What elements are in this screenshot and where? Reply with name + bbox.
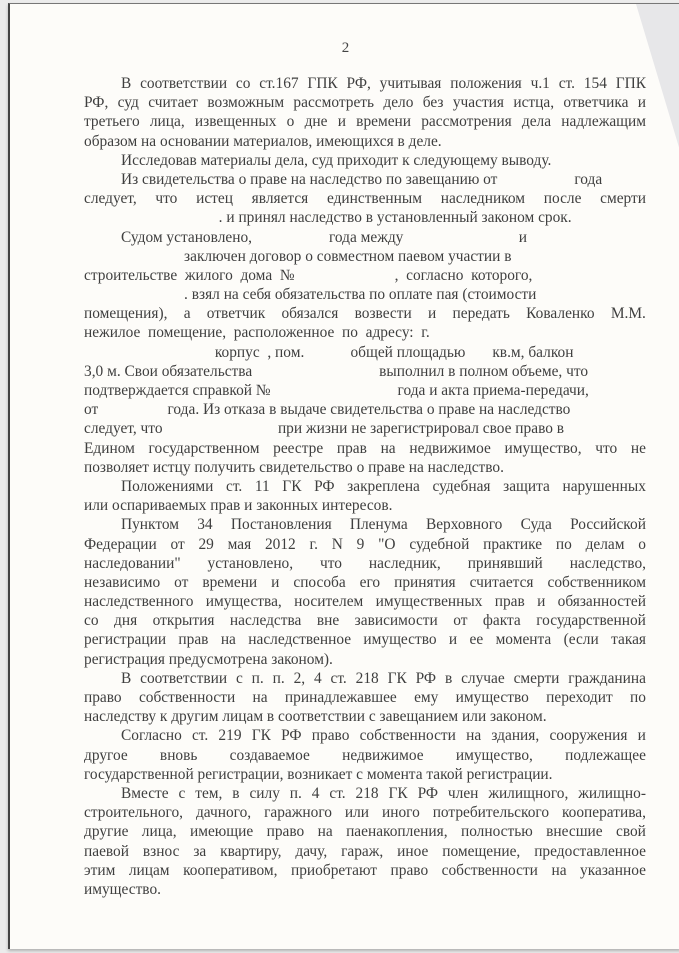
word: а xyxy=(184,304,191,323)
line-text: нежилое помещение, расположенное по адре… xyxy=(84,323,430,342)
word: паевой xyxy=(84,842,129,861)
word: ГК xyxy=(389,784,408,803)
word: ст. xyxy=(331,669,347,688)
word: подлежащее xyxy=(565,746,646,765)
word: со xyxy=(84,611,99,630)
word: Постановления xyxy=(231,515,332,534)
word: на xyxy=(221,630,236,649)
word: гражданина xyxy=(568,669,646,688)
text-line: государственной регистрации, возникает с… xyxy=(84,765,646,784)
word: носителем xyxy=(294,592,363,611)
text-line: подтверждается справкой № года и акта пр… xyxy=(84,381,646,400)
word: истец xyxy=(196,189,233,208)
text-line: регистрация предусмотрена законом). xyxy=(84,650,646,669)
word: открытия xyxy=(153,611,215,630)
word: 2, xyxy=(294,669,306,688)
word: N xyxy=(332,535,343,554)
text-line: строительстве жилого дома № , согласно к… xyxy=(84,266,646,285)
text-line: помещения),аответчикобязалсявозвестиипер… xyxy=(84,304,646,323)
word: реестре xyxy=(273,439,323,458)
word: времени xyxy=(202,573,257,592)
text-line: наследству к другим лицам в соответствии… xyxy=(84,707,646,726)
word: наследственное xyxy=(248,630,351,649)
line-text: следует, что при жизни не зарегистрирова… xyxy=(84,419,564,438)
word: Вместе xyxy=(121,784,169,803)
word: извещенных xyxy=(195,112,277,131)
word: Федерации xyxy=(84,535,157,554)
line-text: от года. Из отказа в выдаче свидетельств… xyxy=(84,400,570,419)
word: мая xyxy=(228,535,252,554)
word: в xyxy=(232,784,239,803)
line-text: заключен договор о совместном паевом уча… xyxy=(84,247,512,266)
word: дачу, xyxy=(295,842,327,861)
word: 154 xyxy=(584,74,607,93)
word: на xyxy=(466,726,481,745)
word: собственником xyxy=(547,573,645,592)
word: помещение, xyxy=(442,842,520,861)
word: ГК xyxy=(252,726,271,745)
word: другие xyxy=(84,822,128,841)
word: 29 xyxy=(198,535,213,554)
word: Верховного xyxy=(426,515,502,534)
word: и xyxy=(428,304,436,323)
word: надлежащим xyxy=(561,112,646,131)
word: ГПК xyxy=(307,74,337,93)
word: право xyxy=(267,822,305,841)
line-text: Из свидетельства о праве на наследство п… xyxy=(121,170,602,189)
line-text: образом на основании материалов, имеющих… xyxy=(84,132,442,151)
word: о xyxy=(287,112,295,131)
word: п. xyxy=(252,669,264,688)
word: обязался xyxy=(281,304,338,323)
word: смерти xyxy=(600,189,646,208)
word: государственной xyxy=(536,611,646,630)
word: что xyxy=(595,439,617,458)
word: дела xyxy=(522,112,551,131)
word: имущество xyxy=(456,688,529,707)
word: положения xyxy=(450,74,522,93)
word: смерти xyxy=(514,669,560,688)
word: зависимости xyxy=(355,611,438,630)
word: прав xyxy=(178,630,208,649)
word: ст. xyxy=(226,477,242,496)
word: наследства xyxy=(230,611,302,630)
line-text: Судом установлено, года между и xyxy=(121,228,527,247)
word: иное xyxy=(397,842,428,861)
word: со xyxy=(236,74,251,93)
word: Пленума xyxy=(350,515,408,534)
word: считает xyxy=(148,93,198,112)
text-line: Федерацииот29мая2012г.N9"Осудебнойпракти… xyxy=(84,535,646,554)
word: другое xyxy=(84,746,128,765)
word: дня xyxy=(114,611,137,630)
word: В xyxy=(121,669,131,688)
word: собственности xyxy=(360,726,456,745)
word: этим xyxy=(84,861,115,880)
word: РФ xyxy=(314,477,334,496)
word: передать xyxy=(453,304,510,323)
word: и xyxy=(449,630,457,649)
word: принадлежавшее xyxy=(285,688,397,707)
word: способа xyxy=(293,573,345,592)
word: 4 xyxy=(312,784,320,803)
word: ГК xyxy=(388,669,407,688)
line-text: или оспариваемых прав и законных интерес… xyxy=(84,496,392,515)
text-line: имущество. xyxy=(84,880,646,899)
word: на xyxy=(381,439,396,458)
word: Коваленко xyxy=(526,304,594,323)
text-line: корпус , пом. общей площадью кв.м, балко… xyxy=(84,343,646,362)
word: что xyxy=(155,189,177,208)
word: 4 xyxy=(314,669,322,688)
word: ее xyxy=(470,630,484,649)
text-line: Всоответствиисп.п.2,4ст.218ГКРФвслучаесм… xyxy=(84,669,646,688)
word: принявший xyxy=(468,554,543,573)
word: право xyxy=(391,861,429,880)
word: делам xyxy=(586,535,625,554)
word: п. xyxy=(290,784,302,803)
text-line: 3,0 м. Свои обязательства выполнил в пол… xyxy=(84,362,646,381)
word: от xyxy=(174,573,188,592)
text-line: строительного,дачного,гаражногоилииногоп… xyxy=(84,803,646,822)
line-text: Исследовав материалы дела, суд приходит … xyxy=(121,151,551,170)
text-line: Положениямист.11ГКРФзакрепленасудебнаяза… xyxy=(84,477,646,496)
word: обязанностей xyxy=(558,592,646,611)
word: ч.1 xyxy=(531,74,550,93)
text-line: или оспариваемых прав и законных интерес… xyxy=(84,496,646,515)
word: ст. xyxy=(192,726,208,745)
word: не xyxy=(631,439,646,458)
word: внесшие xyxy=(546,822,602,841)
text-line: этимлицамкооперативом,приобретаютправосо… xyxy=(84,861,646,880)
line-text: государственной регистрации, возникает с… xyxy=(84,765,553,784)
word: квартиру, xyxy=(220,842,281,861)
word: лицам xyxy=(129,861,170,880)
word: собственности xyxy=(442,861,538,880)
text-line: нежилое помещение, расположенное по адре… xyxy=(84,323,646,342)
word: дело xyxy=(383,93,413,112)
word: считается xyxy=(470,573,534,592)
word: создаваемое xyxy=(230,746,310,765)
word: право xyxy=(84,688,122,707)
word: регистрации xyxy=(84,630,166,649)
word: ст. xyxy=(559,74,575,93)
word: Пунктом xyxy=(121,515,179,534)
text-line: заключен договор о совместном паевом уча… xyxy=(84,247,646,266)
word: собственности xyxy=(139,688,235,707)
line-text: регистрация предусмотрена законом). xyxy=(84,650,333,669)
word: соответствии xyxy=(140,669,227,688)
word: ГК xyxy=(282,477,301,496)
word: иного xyxy=(382,803,420,822)
document-body: Всоответствиисост.167ГПКРФ,учитываяполож… xyxy=(84,74,646,899)
word: право xyxy=(312,726,350,745)
text-line: . взял на себя обязательства по оплате п… xyxy=(84,285,646,304)
word: момента xyxy=(496,630,552,649)
word: учитывая xyxy=(380,74,442,93)
word: третьего xyxy=(84,112,140,131)
word: с xyxy=(236,669,243,688)
word: судебной xyxy=(409,535,469,554)
word: от xyxy=(170,535,184,554)
word: или xyxy=(345,803,369,822)
word: имущественных xyxy=(376,592,483,611)
word: приобретают xyxy=(291,861,377,880)
word: жилищно- xyxy=(578,784,646,803)
word: и xyxy=(638,93,646,112)
word: рассмотреть xyxy=(293,93,374,112)
word: имущество, xyxy=(456,746,533,765)
text-line: Вместестем,всилуп.4ст.218ГКРФчленжилищно… xyxy=(84,784,646,803)
word: возвести xyxy=(355,304,412,323)
word: полностью xyxy=(461,822,533,841)
word: истца, xyxy=(513,93,554,112)
word: недвижимое xyxy=(342,746,424,765)
word: Положениями xyxy=(121,477,213,496)
word: следует, xyxy=(84,189,137,208)
word: имеющие xyxy=(190,822,253,841)
document-page: 2 Всоответствиисост.167ГПКРФ,учитываяпол… xyxy=(8,3,679,949)
word: Едином xyxy=(84,439,135,458)
word: дне xyxy=(305,112,328,131)
word: указанное xyxy=(580,861,646,880)
word: нарушенных xyxy=(562,477,645,496)
word: закреплена xyxy=(347,477,420,496)
word: кооперативом, xyxy=(183,861,277,880)
word: свой xyxy=(616,822,646,841)
word: такая xyxy=(611,630,646,649)
word: имущество xyxy=(363,630,436,649)
text-line: третьеголица,извещенныходнеивременирассм… xyxy=(84,112,646,131)
word: и xyxy=(271,573,279,592)
word: гаражного xyxy=(264,803,332,822)
text-line: . и принял наследство в установленный за… xyxy=(84,208,646,227)
text-line: следует, что при жизни не зарегистрирова… xyxy=(84,419,646,438)
word: ст. xyxy=(329,784,345,803)
text-line: независимоотвременииспособаегопринятиясч… xyxy=(84,573,646,592)
word: дачного, xyxy=(196,803,251,822)
word: с xyxy=(179,784,186,803)
word: независимо xyxy=(84,573,160,592)
word: тем, xyxy=(195,784,222,803)
word: ответчик xyxy=(207,304,265,323)
word: г. xyxy=(310,535,318,554)
word: 2012 xyxy=(265,535,296,554)
text-line: другоевновьсоздаваемоенедвижимоеимуществ… xyxy=(84,746,646,765)
word: что xyxy=(320,554,342,573)
word: вне xyxy=(317,611,339,630)
word: силу xyxy=(249,784,279,803)
word: возможным xyxy=(207,93,284,112)
word: факта xyxy=(483,611,521,630)
text-line: регистрацииправнанаследственноеимущество… xyxy=(84,630,646,649)
text-line: Судом установлено, года между и xyxy=(84,228,646,247)
word: является xyxy=(252,189,309,208)
word: на xyxy=(318,822,333,841)
word: времени xyxy=(356,112,411,131)
word: недвижимое xyxy=(409,439,491,458)
word: практике xyxy=(483,535,542,554)
word: Согласно xyxy=(121,726,182,745)
word: Суда xyxy=(521,515,552,534)
word: на xyxy=(253,688,268,707)
word: и xyxy=(537,592,545,611)
word: 34 xyxy=(197,515,212,534)
text-line: Исследовав материалы дела, суд приходит … xyxy=(84,151,646,170)
word: РФ, xyxy=(84,93,108,112)
word: без xyxy=(423,93,444,112)
word: ГПК xyxy=(616,74,646,93)
word: Российской xyxy=(570,515,646,534)
text-line: РФ,судсчитаетвозможнымрассмотретьделобез… xyxy=(84,93,646,112)
word: ответчика xyxy=(563,93,628,112)
word: принятия xyxy=(394,573,456,592)
word: паенакопления, xyxy=(346,822,448,841)
word: по xyxy=(556,535,572,554)
word: потребительского xyxy=(433,803,549,822)
word: здания, xyxy=(491,726,539,745)
text-line: Всоответствиисост.167ГПКРФ,учитываяполож… xyxy=(84,74,646,93)
word: В xyxy=(121,74,131,93)
word: член xyxy=(448,784,479,803)
word: имущество, xyxy=(505,439,582,458)
word: РФ, xyxy=(347,74,371,93)
text-line: Согласност.219ГКРФправособственностиназд… xyxy=(84,726,646,745)
word: сооружения xyxy=(549,726,627,745)
text-line: правособственностинапринадлежавшееемуиму… xyxy=(84,688,646,707)
text-line: от года. Из отказа в выдаче свидетельств… xyxy=(84,400,646,419)
line-text: имущество. xyxy=(84,880,161,899)
word: и xyxy=(338,112,346,131)
word: лица, xyxy=(150,112,185,131)
word: РФ xyxy=(416,669,436,688)
word: РФ xyxy=(281,726,301,745)
word: по xyxy=(630,688,646,707)
text-line: Единомгосударственномреестреправнанедвиж… xyxy=(84,439,646,458)
text-line: наследственногоимущества,носителемимущес… xyxy=(84,592,646,611)
word: ст.167 xyxy=(259,74,298,93)
word: участия xyxy=(453,93,504,112)
word: переходит xyxy=(546,688,613,707)
word: после xyxy=(544,189,582,208)
line-text: подтверждается справкой № года и акта пр… xyxy=(84,381,589,400)
text-line: наследовании"установлено,чтонаследник,пр… xyxy=(84,554,646,573)
word: соответствии xyxy=(140,74,227,93)
word: взнос xyxy=(143,842,180,861)
word: п. xyxy=(273,669,285,688)
line-text: позволяет истцу получить свидетельство о… xyxy=(84,458,504,477)
word: защита xyxy=(503,477,550,496)
text-line: Из свидетельства о праве на наследство п… xyxy=(84,170,646,189)
word: гараж, xyxy=(341,842,383,861)
word: помещения), xyxy=(84,304,167,323)
line-text: наследству к другим лицам в соответствии… xyxy=(84,707,547,726)
word: лица, xyxy=(142,822,177,841)
text-line: позволяет истцу получить свидетельство о… xyxy=(84,458,646,477)
word: государственном xyxy=(149,439,260,458)
text-line: следует,чтоистецявляетсяединственнымнасл… xyxy=(84,189,646,208)
word: строительного, xyxy=(84,803,183,822)
word: наследовании" xyxy=(84,554,181,573)
word: на xyxy=(551,861,566,880)
word: о xyxy=(638,535,646,554)
word: прав xyxy=(495,592,525,611)
word: вновь xyxy=(160,746,198,765)
word: установлено, xyxy=(208,554,294,573)
word: имущества, xyxy=(206,592,282,611)
word: наследник, xyxy=(369,554,441,573)
word: суд xyxy=(118,93,139,112)
word: наследником xyxy=(441,189,525,208)
word: кооператива, xyxy=(562,803,646,822)
line-text: корпус , пом. общей площадью кв.м, балко… xyxy=(84,343,573,362)
word: 218 xyxy=(356,784,379,803)
text-line: паевойвзносзаквартиру,дачу,гараж,иноепом… xyxy=(84,842,646,861)
word: (если xyxy=(564,630,599,649)
word: единственным xyxy=(327,189,422,208)
word: и xyxy=(638,726,646,745)
word: случае xyxy=(461,669,505,688)
word: 219 xyxy=(218,726,241,745)
line-text: 3,0 м. Свои обязательства выполнил в пол… xyxy=(84,362,588,381)
word: РФ xyxy=(418,784,438,803)
word: 11 xyxy=(255,477,270,496)
word: его xyxy=(360,573,380,592)
word: жилищного, xyxy=(488,784,568,803)
text-line: образом на основании материалов, имеющих… xyxy=(84,132,646,151)
word: "О xyxy=(378,535,395,554)
word: судебная xyxy=(433,477,491,496)
word: 9 xyxy=(357,535,365,554)
word: ему xyxy=(414,688,438,707)
text-line: Пунктом34ПостановленияПленумаВерховногоС… xyxy=(84,515,646,534)
line-text: . и принял наследство в установленный за… xyxy=(84,208,572,227)
word: М.М. xyxy=(611,304,646,323)
line-text: . взял на себя обязательства по оплате п… xyxy=(84,285,536,304)
word: рассмотрения xyxy=(421,112,511,131)
text-line: содняоткрытиянаследствавнезависимостиотф… xyxy=(84,611,646,630)
word: прав xyxy=(337,439,367,458)
line-text: строительстве жилого дома № , согласно к… xyxy=(84,266,532,285)
page-number: 2 xyxy=(10,40,679,57)
word: 218 xyxy=(356,669,379,688)
word: наследство, xyxy=(570,554,646,573)
word: наследственного xyxy=(84,592,193,611)
word: от xyxy=(453,611,467,630)
word: предоставленное xyxy=(534,842,646,861)
word: в xyxy=(445,669,452,688)
word: за xyxy=(193,842,206,861)
text-line: другиелица,имеющиеправонапаенакопления,п… xyxy=(84,822,646,841)
